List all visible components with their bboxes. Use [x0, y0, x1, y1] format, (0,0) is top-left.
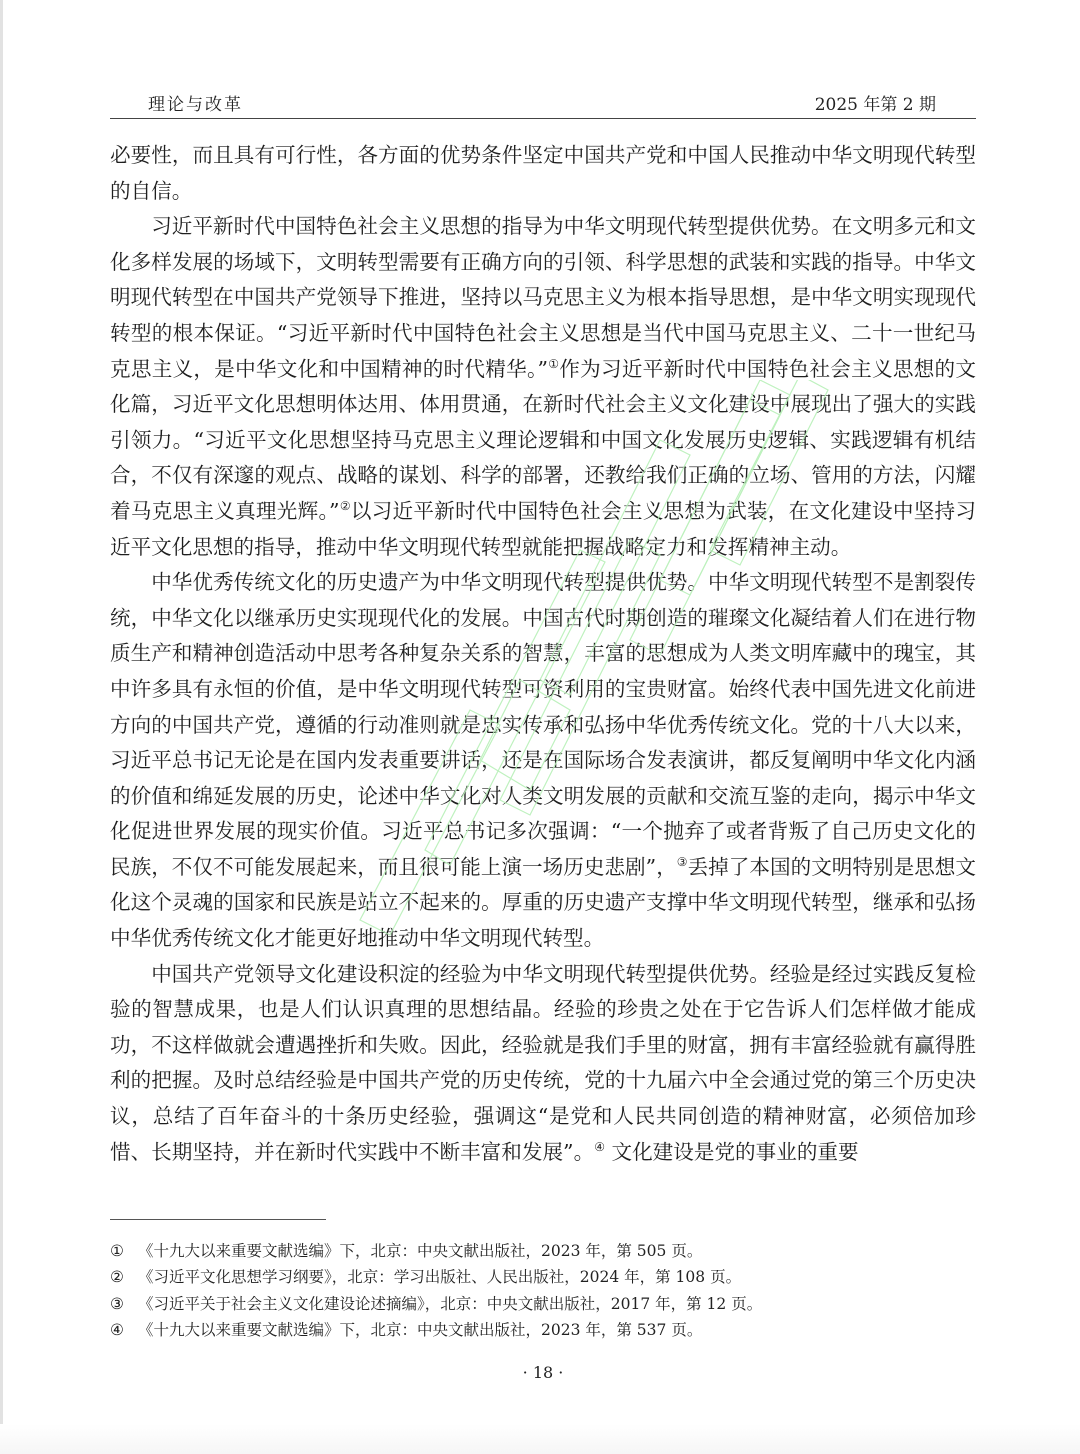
footnote-text: 《十九大以来重要文献选编》下，北京：中央文献出版社，2023 年，第 537 页… [138, 1321, 702, 1339]
paragraph-3: 中华优秀传统文化的历史遗产为中华文明现代转型提供优势。中华文明现代转型不是割裂传… [110, 565, 976, 957]
footnote-3: ③《习近平关于社会主义文化建设论述摘编》，北京：中央文献出版社，2017 年，第… [110, 1291, 976, 1317]
paragraph-text: 必要性，而且具有可行性，各方面的优势条件坚定中国共产党和中国人民推动中华文明现代… [110, 143, 976, 203]
paragraph-text: 中国共产党领导文化建设积淀的经验为中华文明现代转型提供优势。经验是经过实践反复检… [110, 962, 976, 1164]
running-header: 理论与改革 2025 年第 2 期 [110, 86, 976, 116]
footnotes: ①《十九大以来重要文献选编》下，北京：中央文献出版社，2023 年，第 505 … [110, 1238, 976, 1343]
body-text: 必要性，而且具有可行性，各方面的优势条件坚定中国共产党和中国人民推动中华文明现代… [110, 138, 976, 1170]
issue-label: 2025 年第 2 期 [815, 90, 936, 115]
document-page: 理论与改革 2025 年第 2 期 必要性，而且具有可行性，各方面的优势条件坚定… [110, 0, 976, 1454]
footnote-text: 《十九大以来重要文献选编》下，北京：中央文献出版社，2023 年，第 505 页… [138, 1242, 702, 1260]
header-rule [110, 118, 976, 119]
paragraph-text: 文化建设是党的事业的重要 [605, 1140, 859, 1164]
page-left-edge [0, 0, 3, 1454]
paragraph-4: 中国共产党领导文化建设积淀的经验为中华文明现代转型提供优势。经验是经过实践反复检… [110, 957, 976, 1171]
paragraph-text: 中华优秀传统文化的历史遗产为中华文明现代转型提供优势。中华文明现代转型不是割裂传… [110, 570, 976, 879]
paragraph-1: 必要性，而且具有可行性，各方面的优势条件坚定中国共产党和中国人民推动中华文明现代… [110, 138, 976, 209]
footnote-text: 《习近平文化思想学习纲要》，北京：学习出版社、人民出版社，2024 年，第 10… [138, 1268, 741, 1286]
footnote-text: 《习近平关于社会主义文化建设论述摘编》，北京：中央文献出版社，2017 年，第 … [138, 1295, 762, 1313]
footnote-ref-4[interactable]: ④ [594, 1140, 605, 1154]
footnote-1: ①《十九大以来重要文献选编》下，北京：中央文献出版社，2023 年，第 505 … [110, 1238, 976, 1264]
footnote-ref-2[interactable]: ② [340, 499, 351, 513]
footnote-mark: ④ [110, 1317, 138, 1343]
page-bottom-shadow [0, 1424, 1080, 1454]
footnote-2: ②《习近平文化思想学习纲要》，北京：学习出版社、人民出版社，2024 年，第 1… [110, 1264, 976, 1290]
journal-title: 理论与改革 [148, 90, 243, 115]
page-number: · 18 · [110, 1363, 976, 1382]
footnote-ref-3[interactable]: ③ [677, 855, 688, 869]
footnote-mark: ② [110, 1264, 138, 1290]
paragraph-2: 习近平新时代中国特色社会主义思想的指导为中华文明现代转型提供优势。在文明多元和文… [110, 209, 976, 565]
footnote-separator [110, 1219, 326, 1220]
footnote-4: ④《十九大以来重要文献选编》下，北京：中央文献出版社，2023 年，第 537 … [110, 1317, 976, 1343]
footnote-mark: ① [110, 1238, 138, 1264]
footnote-ref-1[interactable]: ① [548, 357, 559, 371]
footnote-mark: ③ [110, 1291, 138, 1317]
